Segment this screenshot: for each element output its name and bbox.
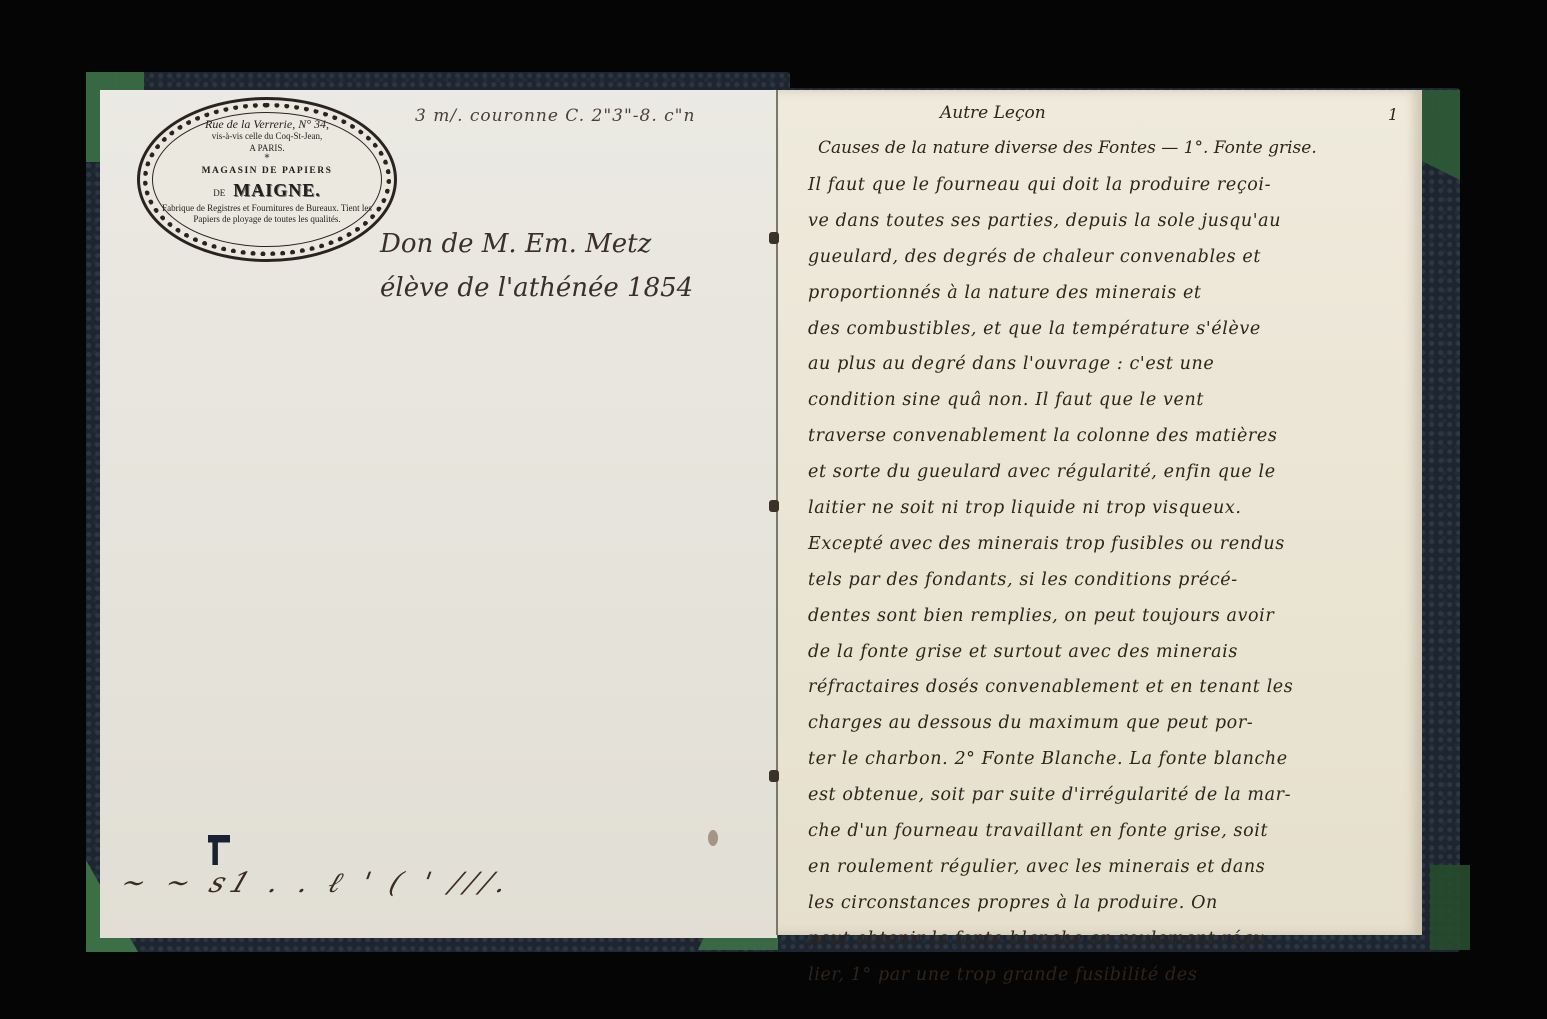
section-title: Causes de la nature diverse des Fontes —… [818, 138, 1317, 158]
cover-corner-bottom-right [1430, 865, 1470, 950]
binding-stitch [769, 500, 779, 512]
label-description: Fabrique de Registres et Fournitures de … [162, 203, 372, 225]
stationer-label: Rue de la Verrerie, N° 34, vis-à-vis cel… [137, 97, 397, 262]
manuscript-line: gueulard, des degrés de chaleur convenab… [808, 240, 1388, 276]
binding-gutter [776, 90, 778, 935]
manuscript-line: peut obtenir la fonte blanche en rouleme… [808, 922, 1388, 958]
page-number: 1 [1388, 105, 1398, 124]
manuscript-line: les circonstances propres à la produire.… [808, 886, 1388, 922]
manuscript-line: ter le charbon. 2° Fonte Blanche. La fon… [808, 742, 1388, 778]
manuscript-line: et sorte du gueulard avec régularité, en… [808, 455, 1388, 491]
donation-line-2: élève de l'athénée 1854 [380, 266, 693, 310]
manuscript-line: proportionnés à la nature des minerais e… [808, 276, 1388, 312]
manuscript-line: condition sine quâ non. Il faut que le v… [808, 383, 1388, 419]
manuscript-line: réfractaires dosés convenablement et en … [808, 670, 1388, 706]
bottom-scribble: ~ ~ s1 . . ℓ ' ( ' ///. [116, 866, 519, 900]
manuscript-body: Il faut que le fourneau qui doit la prod… [808, 168, 1388, 993]
manuscript-line: lier, 1° par une trop grande fusibilité … [808, 958, 1388, 994]
label-address-line1: Rue de la Verrerie, N° 34, [140, 118, 394, 130]
label-name-prefix: DE [213, 188, 225, 198]
label-name-row: DE MAIGNE. [140, 180, 394, 201]
manuscript-line: dentes sont bien remplies, on peut toujo… [808, 599, 1388, 635]
manuscript-line: en roulement régulier, avec les minerais… [808, 850, 1388, 886]
manuscript-line: est obtenue, soit par suite d'irrégulari… [808, 778, 1388, 814]
label-address-line2: vis-à-vis celle du Coq-St-Jean, [140, 131, 394, 141]
binding-stitch [769, 232, 779, 244]
donation-note: Don de M. Em. Metz élève de l'athénée 18… [380, 222, 693, 310]
shelfmark-note: 3 m/. couronne C. 2"3"-8. c"n [415, 106, 695, 126]
manuscript-line: Il faut que le fourneau qui doit la prod… [808, 168, 1388, 204]
donation-line-1: Don de M. Em. Metz [380, 222, 693, 266]
manuscript-line: charges au dessous du maximum que peut p… [808, 706, 1388, 742]
manuscript-line: che d'un fourneau travaillant en fonte g… [808, 814, 1388, 850]
binding-stitch [769, 770, 779, 782]
manuscript-line: traverse convenablement la colonne des m… [808, 419, 1388, 455]
manuscript-line: de la fonte grise et surtout avec des mi… [808, 635, 1388, 671]
paper-stain [708, 830, 718, 846]
lesson-heading: Autre Leçon [940, 103, 1046, 123]
star-ornament-icon: * [140, 153, 394, 164]
manuscript-line: ve dans toutes ses parties, depuis la so… [808, 204, 1388, 240]
label-shop: MAGASIN DE PAPIERS [140, 166, 394, 176]
label-city: A PARIS. [140, 143, 394, 153]
label-name: MAIGNE. [233, 180, 321, 200]
manuscript-line: Excepté avec des minerais trop fusibles … [808, 527, 1388, 563]
manuscript-line: des combustibles, et que la température … [808, 312, 1388, 348]
manuscript-line: au plus au degré dans l'ouvrage : c'est … [808, 347, 1388, 383]
manuscript-line: tels par des fondants, si les conditions… [808, 563, 1388, 599]
manuscript-line: laitier ne soit ni trop liquide ni trop … [808, 491, 1388, 527]
